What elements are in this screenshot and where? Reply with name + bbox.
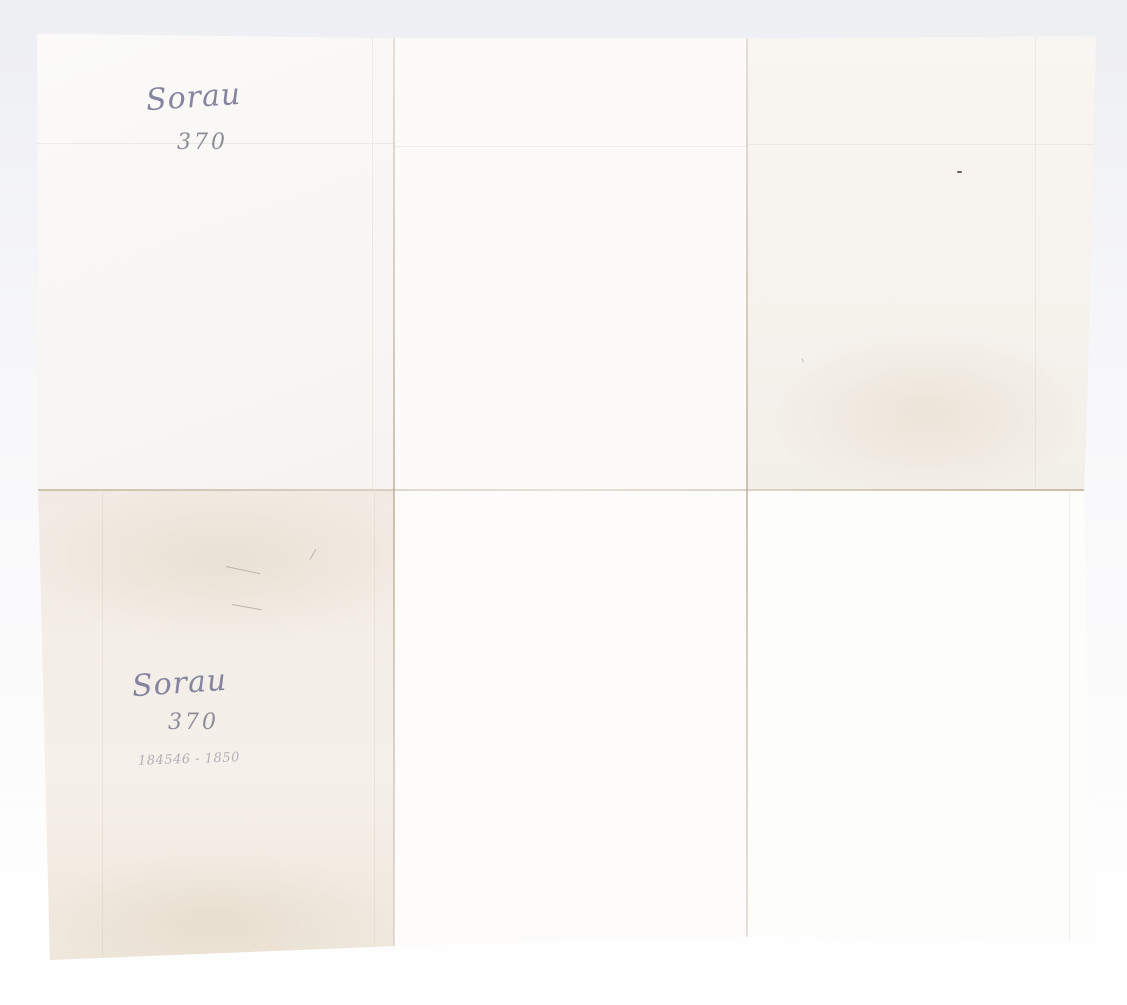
annotation-number: 370 (177, 130, 228, 155)
vertical-fold-left (393, 28, 395, 960)
ruled-line (394, 146, 747, 147)
ruled-line (1069, 490, 1070, 960)
ruled-line (372, 28, 373, 490)
aging-stain (14, 480, 434, 640)
horizontal-fold (34, 489, 1098, 491)
annotation-place-name: Sorau (131, 663, 228, 705)
panel-top-right (747, 28, 1098, 490)
annotation-date-range: 184546 - 1850 (138, 750, 240, 769)
panel-bottom-right (747, 490, 1098, 960)
ink-speck (957, 171, 962, 173)
annotation-place-name: Sorau (145, 77, 242, 119)
panel-top-left: Sorau 370 (34, 28, 394, 490)
ruled-line (747, 144, 1098, 145)
vertical-fold-right (746, 28, 748, 960)
panel-top-middle (394, 28, 747, 490)
aging-stain (767, 328, 1087, 498)
document-sheet: Sorau 370 Sorau 370 184546 - 1850 (34, 28, 1098, 960)
panel-bottom-middle (394, 490, 747, 960)
annotation-number: 370 (168, 710, 219, 735)
panel-bottom-left: Sorau 370 184546 - 1850 (34, 490, 394, 960)
